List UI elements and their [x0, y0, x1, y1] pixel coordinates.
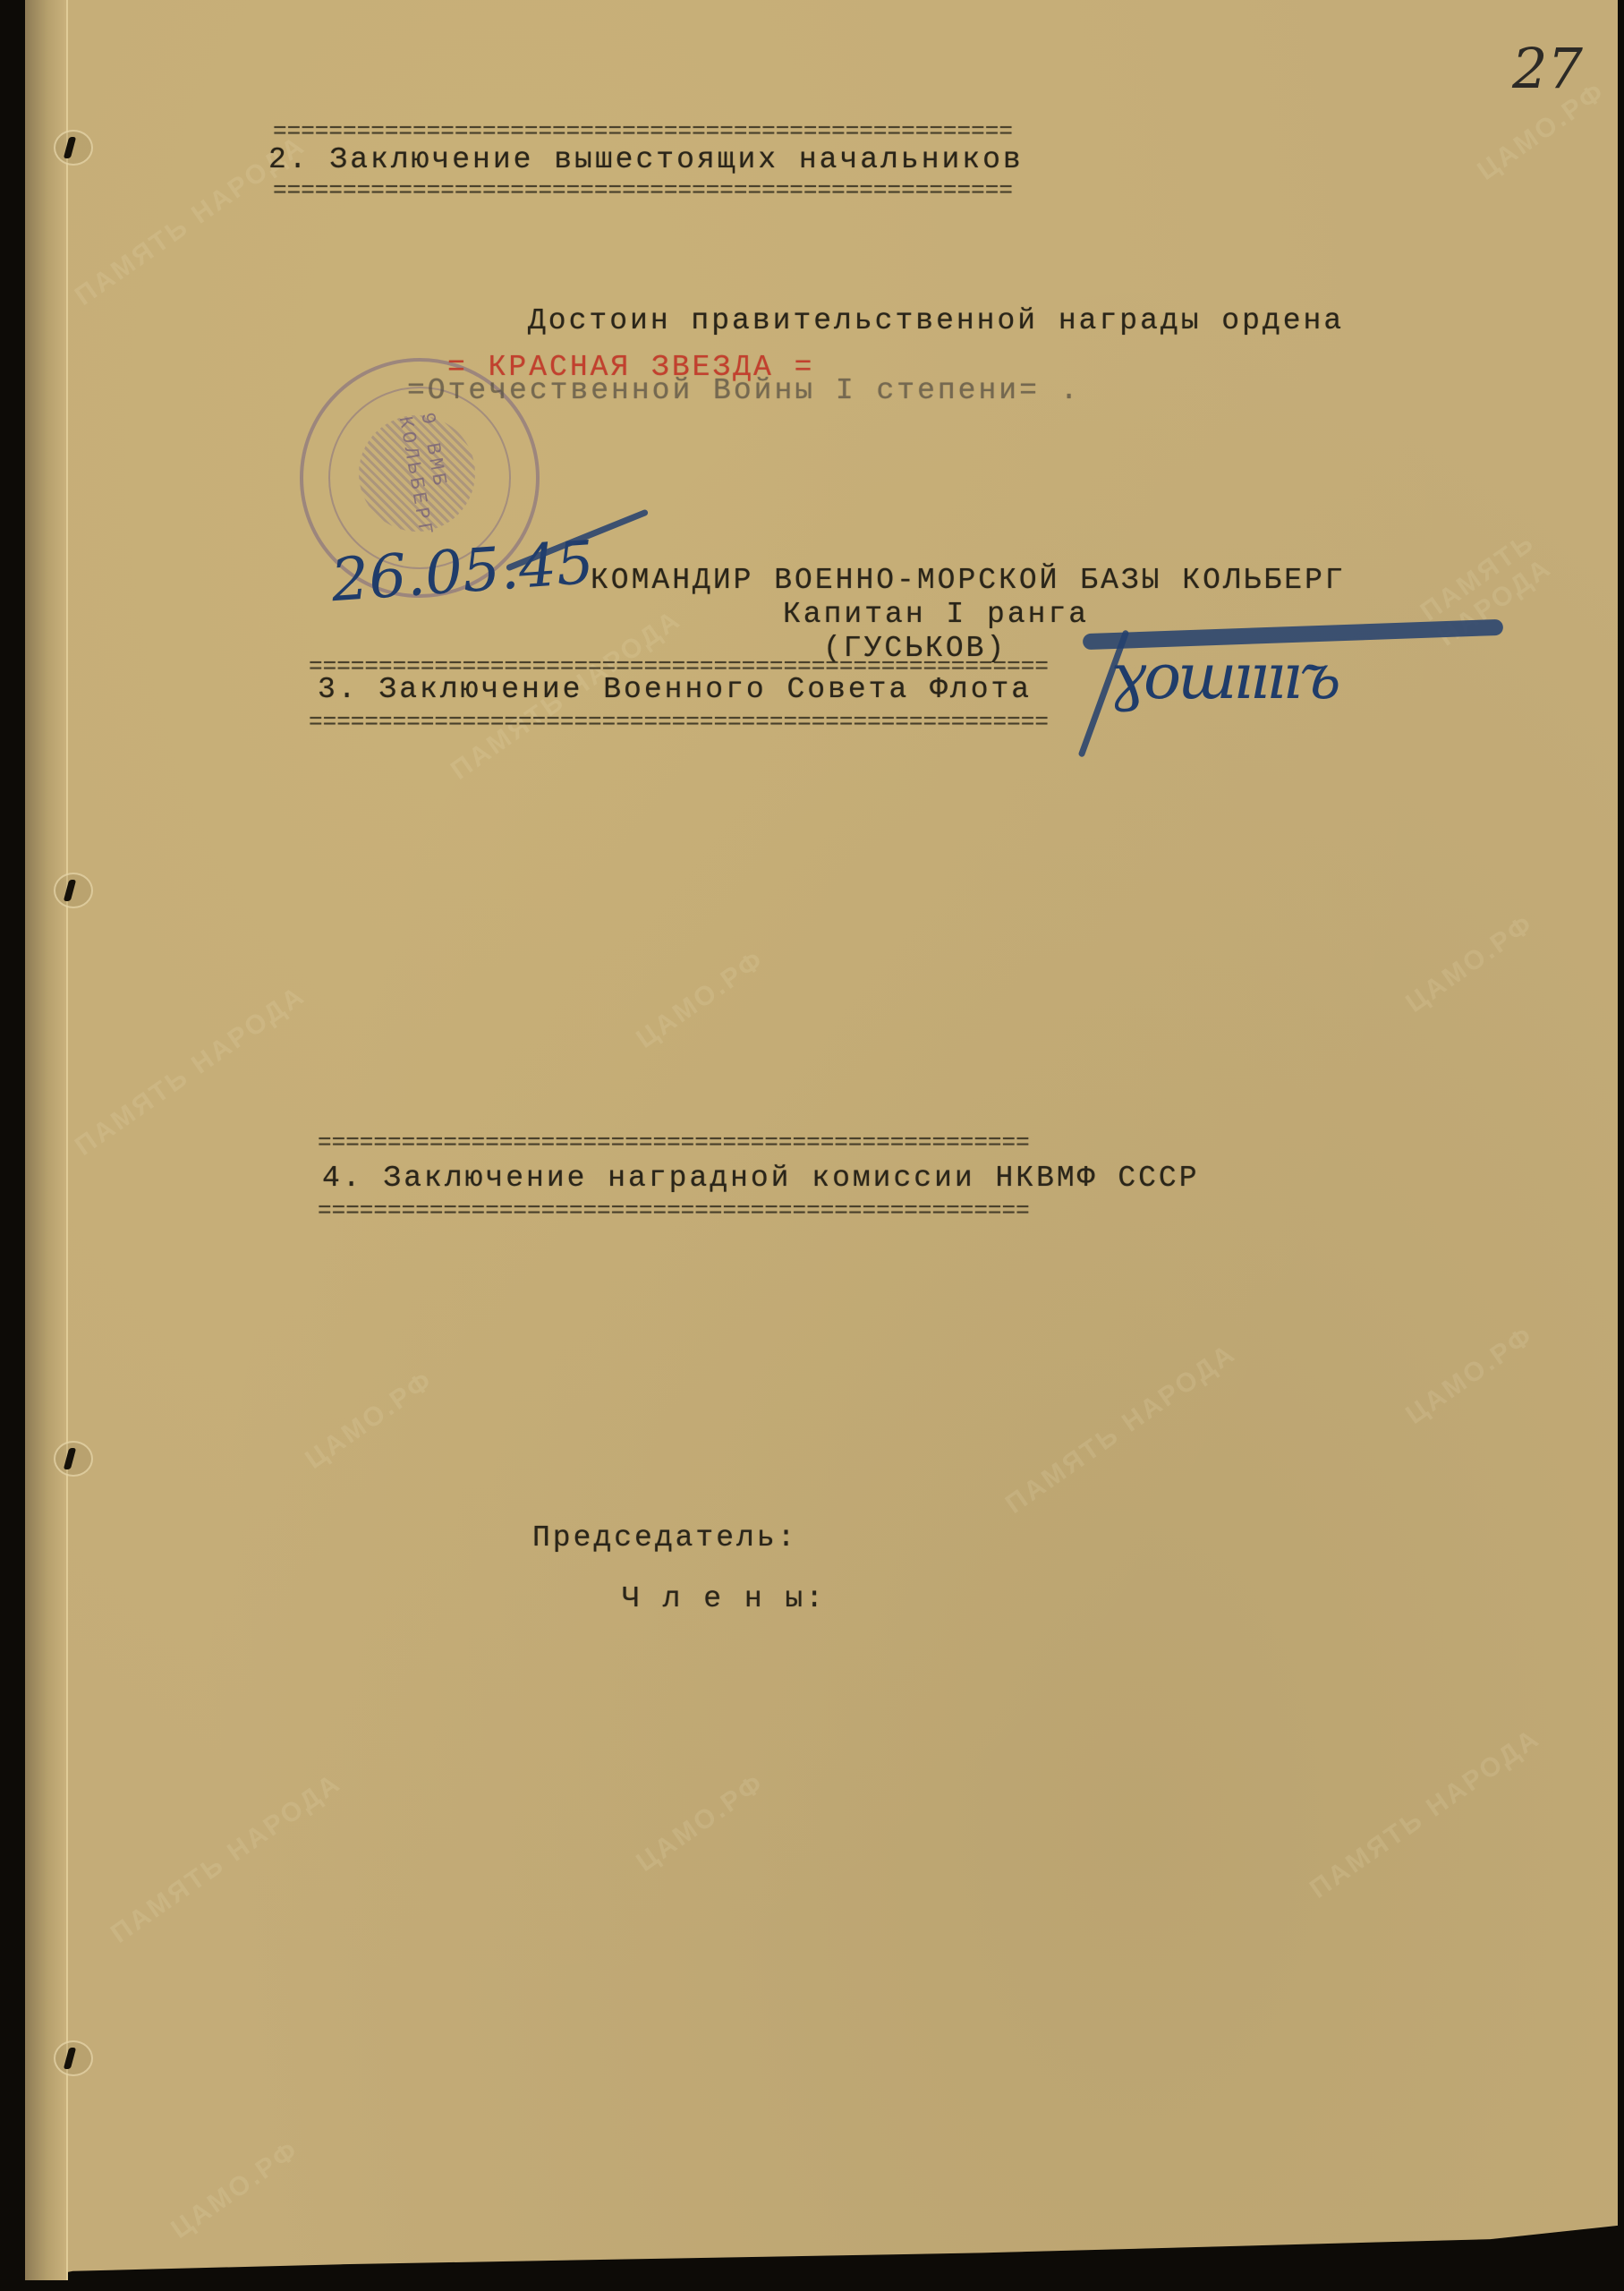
- chairman-label: Председатель:: [532, 1521, 797, 1554]
- signatory-rank: Капитан I ранга: [783, 598, 1089, 631]
- page-number: 27: [1512, 36, 1583, 101]
- binding-hole: [54, 873, 93, 908]
- award-name: = КРАСНАЯ ЗВЕЗДА =: [447, 351, 814, 384]
- binding-hole: [54, 1441, 93, 1477]
- rule-line: ========================================…: [318, 1197, 1030, 1224]
- rule-line: ========================================…: [309, 709, 1049, 736]
- rule-line: ========================================…: [273, 118, 1013, 145]
- binding-hole: [54, 2040, 93, 2076]
- signatory-position: КОМАНДИР ВОЕННО-МОРСКОЙ БАЗЫ КОЛЬБЕРГ: [591, 564, 1346, 597]
- section-4-title: 4. Заключение наградной комиссии НКВМФ С…: [322, 1162, 1200, 1195]
- rule-line: ========================================…: [318, 1129, 1030, 1156]
- section-2-title: 2. Заключение вышестоящих начальников: [268, 143, 1024, 176]
- members-label: Ч л е н ы:: [622, 1582, 826, 1615]
- binding-hole: [54, 130, 93, 166]
- rule-line: ========================================…: [273, 177, 1013, 204]
- section-3-title: 3. Заключение Военного Совета Флота: [318, 673, 1032, 706]
- recommendation-text: Достоин правительственной награды ордена: [528, 304, 1344, 337]
- binding-fold: [25, 0, 68, 2280]
- signature-scribble: ɣoшııııъ: [1110, 640, 1338, 713]
